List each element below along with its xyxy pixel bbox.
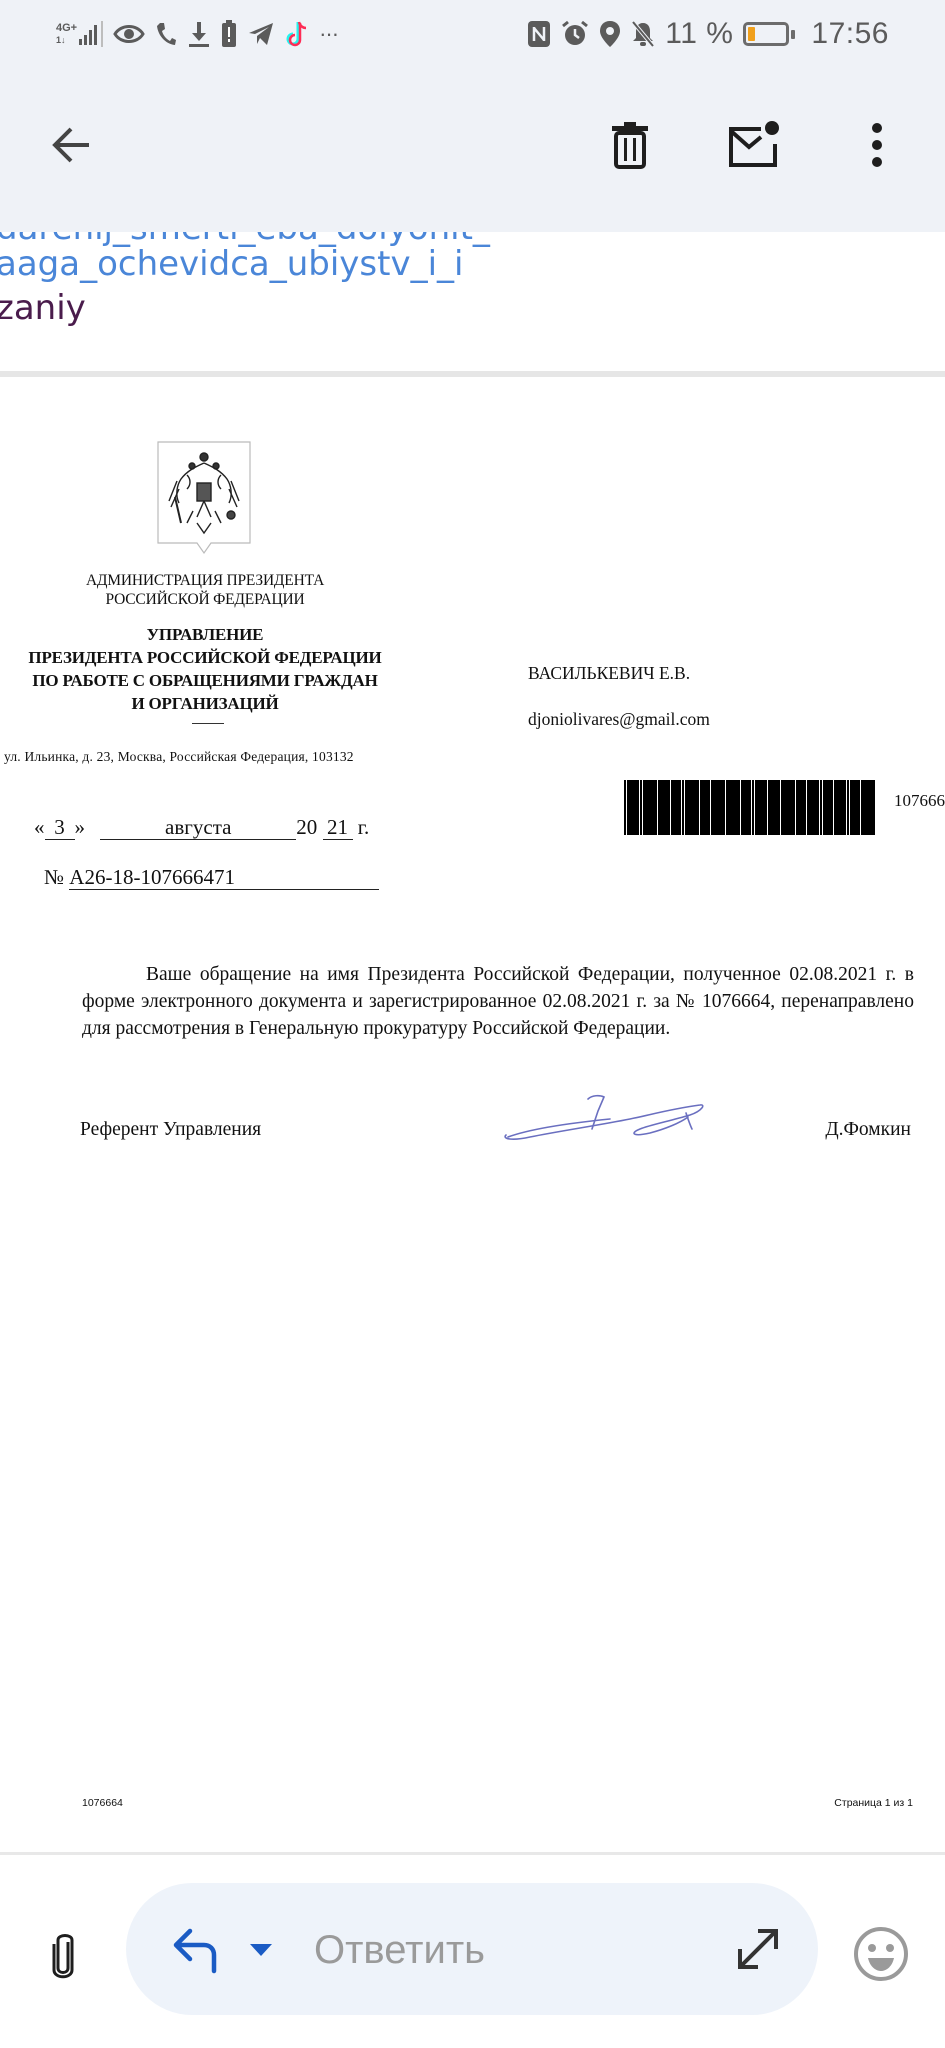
- download-icon: [187, 17, 211, 51]
- more-vert-icon: [870, 122, 884, 168]
- barcode-label: 107666: [894, 791, 945, 811]
- nfc-icon: [527, 17, 551, 51]
- arrow-back-icon: [49, 123, 93, 167]
- back-button[interactable]: [36, 110, 106, 180]
- reply-type-dropdown-icon[interactable]: [246, 1935, 276, 1965]
- org-department-title: УПРАВЛЕНИЕ ПРЕЗИДЕНТА РОССИЙСКОЙ ФЕДЕРАЦ…: [0, 623, 410, 715]
- letter-body: Ваше обращение на имя Президента Российс…: [82, 961, 914, 1042]
- signal-icon: 4G+1↓: [56, 17, 103, 51]
- location-icon: [599, 17, 621, 51]
- battery-percent: 11 %: [665, 17, 733, 51]
- status-bar-left: 4G+1↓ ···: [56, 14, 338, 54]
- date-year: 21: [323, 815, 353, 840]
- org-admin-title: АДМИНИСТРАЦИЯ ПРЕЗИДЕНТА РОССИЙСКОЙ ФЕДЕ…: [0, 571, 410, 609]
- registration-number: № А26-18-107666471: [44, 865, 379, 890]
- battery-alert-icon: [221, 17, 237, 51]
- header-rule: [192, 723, 224, 724]
- signer-role: Референт Управления: [80, 1119, 261, 1141]
- attach-button[interactable]: [38, 1925, 88, 1985]
- top-chrome: 4G+1↓ ···: [0, 0, 945, 232]
- registration-number-value: А26-18-107666471: [69, 865, 379, 890]
- email-link-visited[interactable]: zaniy: [0, 288, 86, 328]
- emoji-icon[interactable]: [852, 1925, 910, 1983]
- app-bar: [0, 90, 945, 210]
- alarm-icon: [561, 17, 589, 51]
- delete-icon: [610, 121, 650, 169]
- number-sign: №: [44, 865, 64, 889]
- date-month: августа: [100, 815, 296, 840]
- document-page: АДМИНИСТРАЦИЯ ПРЕЗИДЕНТА РОССИЙСКОЙ ФЕДЕ…: [0, 377, 945, 1852]
- network-type: 4G+: [56, 22, 77, 34]
- recipient-name: ВАСИЛЬКЕВИЧ Е.В.: [528, 663, 690, 684]
- date-day: 3: [45, 815, 75, 840]
- notifications-off-icon: [631, 17, 655, 51]
- org-address: ул. Ильинка, д. 23, Москва, Российская Ф…: [4, 749, 354, 765]
- eye-icon: [113, 17, 145, 51]
- status-bar-right: 11 % 17:56: [527, 14, 889, 54]
- paperclip-icon: [48, 1930, 78, 1980]
- dept-line: ПО РАБОТЕ С ОБРАЩЕНИЯМИ ГРАЖДАН: [0, 669, 410, 692]
- mark-unread-button[interactable]: [720, 110, 790, 180]
- recipient-email: djoniolivares@gmail.com: [528, 709, 710, 730]
- document-date: «3» августа20 21 г.: [34, 815, 369, 840]
- telegram-icon: [247, 17, 275, 51]
- reply-icon[interactable]: [170, 1921, 226, 1977]
- date-suffix: г.: [358, 815, 370, 839]
- date-century: 20: [296, 815, 317, 839]
- dept-line: ПРЕЗИДЕНТА РОССИЙСКОЙ ФЕДЕРАЦИИ: [0, 646, 410, 669]
- footer-page-number: Страница 1 из 1: [834, 1797, 913, 1809]
- status-bar: 4G+1↓ ···: [0, 0, 945, 66]
- dept-line: И ОРГАНИЗАЦИЙ: [0, 692, 410, 715]
- coat-of-arms-icon: [157, 441, 251, 557]
- date-quote: »: [75, 815, 86, 839]
- barcode: [624, 780, 880, 835]
- dept-line: УПРАВЛЕНИЕ: [0, 623, 410, 646]
- email-link[interactable]: aaga_ochevidca_ubiystv_i_i: [0, 244, 463, 284]
- battery-icon: [743, 22, 789, 46]
- reply-composer: [126, 1883, 818, 2015]
- signer-name: Д.Фомкин: [825, 1119, 911, 1141]
- email-link-area: darenij_smerti_eba_dolyonit_ aaga_ochevi…: [0, 232, 945, 372]
- reply-bar: [0, 1855, 945, 2048]
- phone-icon: [155, 17, 177, 51]
- reply-input[interactable]: [312, 1919, 696, 1981]
- footer-document-id: 1076664: [82, 1797, 123, 1809]
- date-quote: «: [34, 815, 45, 839]
- more-notifications-icon: ···: [319, 21, 338, 47]
- signature-icon: [500, 1089, 710, 1149]
- mark-unread-icon: [727, 120, 783, 170]
- admin-line: АДМИНИСТРАЦИЯ ПРЕЗИДЕНТА: [0, 571, 410, 590]
- clock: 17:56: [811, 17, 889, 51]
- expand-icon[interactable]: [730, 1921, 786, 1977]
- admin-line: РОССИЙСКОЙ ФЕДЕРАЦИИ: [0, 590, 410, 609]
- tiktok-icon: [285, 17, 309, 51]
- more-options-button[interactable]: [842, 110, 912, 180]
- delete-button[interactable]: [595, 110, 665, 180]
